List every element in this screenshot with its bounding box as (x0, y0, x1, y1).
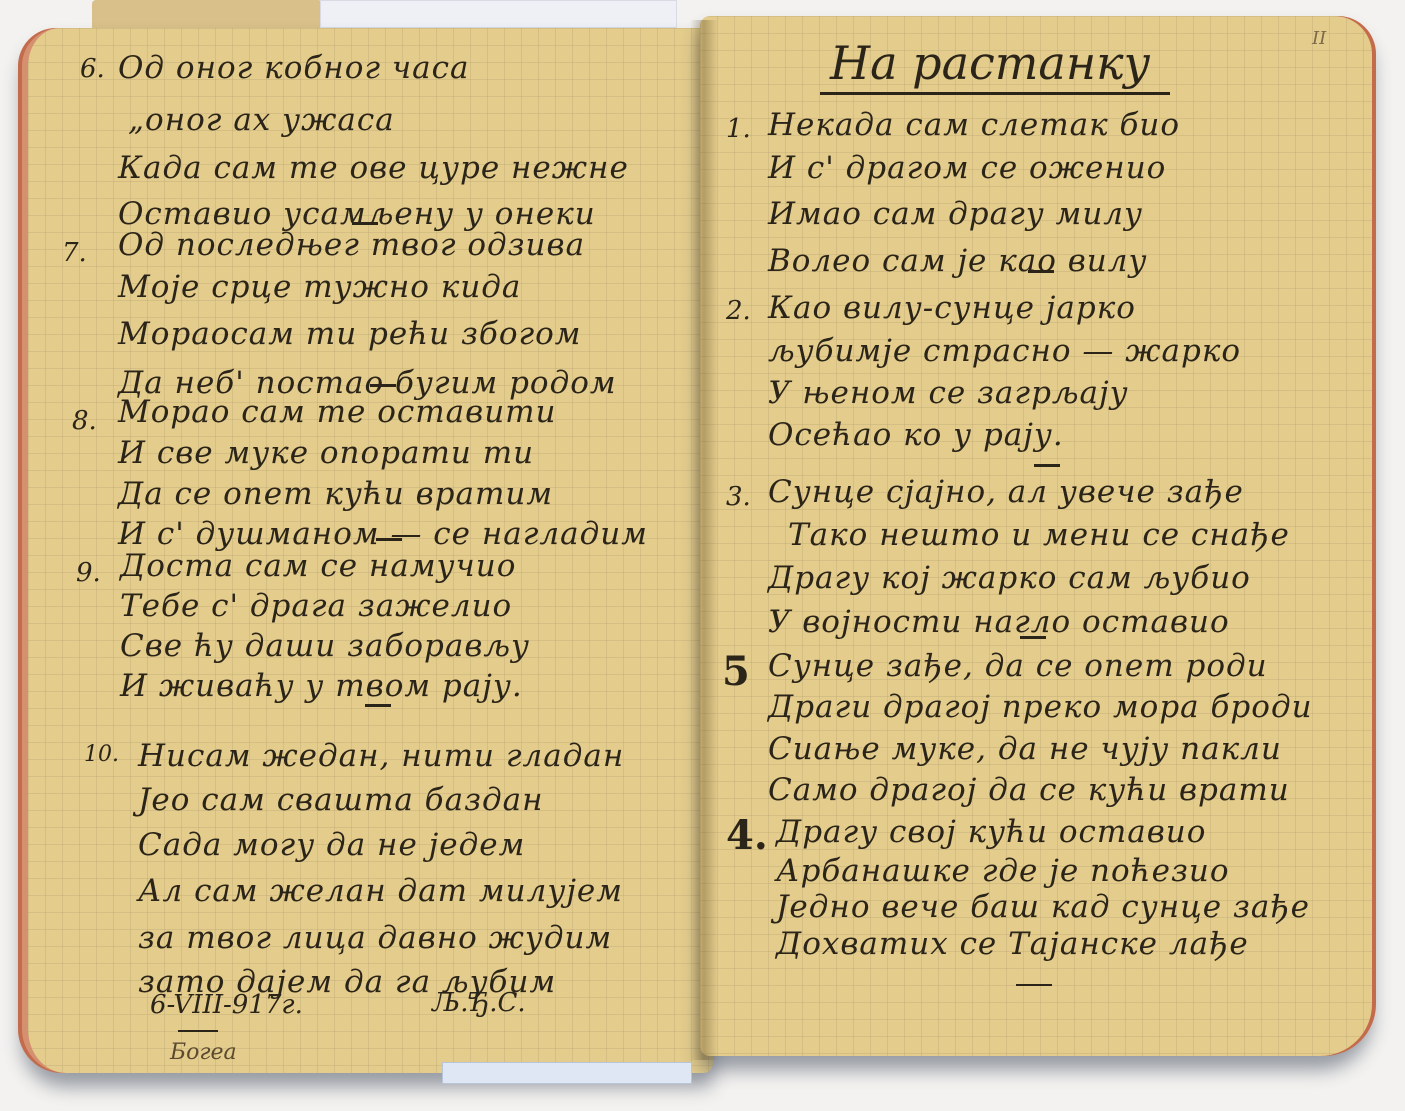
stanza-divider (1028, 270, 1054, 273)
stanza-number: 5 (722, 648, 750, 695)
verse-line: Морао сам те оставити (118, 392, 648, 432)
verse-line: Сунце зађе, да се опет роди (768, 646, 1313, 686)
stanza-3: 3. Сунце сјајно, ал увече зађе Тако нешт… (726, 470, 1290, 644)
verse-line: Драгу свој кући оставио (776, 812, 1310, 852)
verse-line: И живаћу у твом рају. (120, 666, 530, 706)
inserted-paper-slip (320, 0, 677, 28)
verse-line: Моје срце тужно кида (118, 266, 617, 308)
notebook-gutter (690, 20, 718, 1060)
verse-line: Само драгој да се кући врати (768, 770, 1313, 810)
page-number-mark: II (1312, 28, 1326, 49)
date: 6-VIII-917г. (150, 990, 303, 1020)
stanza-divider (370, 384, 396, 387)
verse-line: И све муке опорати ти (118, 432, 648, 474)
place-name: Богеа (170, 1040, 237, 1065)
poem-end-divider (1016, 984, 1052, 986)
stanza-7: 7. Од последњег твог одзива Моје срце ту… (62, 224, 617, 406)
verse-line: Сиање муке, да не чују пакли (768, 728, 1313, 770)
stanza-1: 1. Некада сам слетак био И с' драгом се … (726, 104, 1180, 284)
signature: Љ.Ђ.С. (432, 988, 526, 1018)
stanza-number: 3. (726, 482, 751, 512)
poem-title: На растанку (820, 36, 1170, 95)
verse-line: Тако нешто и мени се снађе (788, 514, 1290, 556)
stanza-2: 2. Као вилу-сунце јарко љубимје страсно … (726, 286, 1241, 456)
stanza-number: 7. (62, 238, 87, 268)
verse-line: Некада сам слетак био (768, 104, 1180, 146)
stanza-6: 6. Од оног кобног часа „оног ах ужаса Ка… (80, 40, 629, 235)
verse-line: Ал сам желан дат милујем (138, 866, 624, 916)
stanza-number: 2. (726, 296, 751, 326)
stanza-10: 10. Нисам жедан, нити гладан Јео сам сва… (84, 736, 624, 1004)
stanza-divider (1020, 636, 1046, 639)
verse-line: Дохватих се Тајанске лађе (776, 924, 1310, 964)
verse-line: Тебе с' драга зажелио (120, 586, 530, 626)
stanza-number: 6. (80, 54, 105, 84)
verse-line: Као вилу-сунце јарко (768, 286, 1241, 330)
verse-line: Све ћу даши заборављу (120, 626, 530, 666)
stanza-divider (365, 704, 391, 707)
verse-line: Од последњег твог одзива (118, 224, 617, 266)
stanza-4: 4. Драгу свој кући оставио Арбанашке где… (726, 812, 1310, 964)
verse-line: У њеном се загрљају (768, 372, 1241, 414)
verse-line: Једно вече баш кад сунце зађе (776, 890, 1310, 924)
date-underline (178, 1030, 218, 1032)
stanza-divider (1034, 464, 1060, 467)
verse-line: за твог лица давно жудим (138, 916, 624, 960)
verse-line: И с' драгом се оженио (768, 146, 1180, 190)
verse-line: Драги драгој преко мора броди (768, 686, 1313, 728)
verse-line: Волео сам је као вилу (768, 238, 1180, 284)
blue-paper-slip (442, 1062, 692, 1084)
verse-line: Сада могу да не једем (138, 824, 624, 866)
stanza-9: 9. Доста сам се намучио Тебе с' драга за… (76, 546, 530, 706)
stanza-number: 4. (726, 812, 768, 859)
verse-line: Када сам те ове цуре нежне (118, 143, 629, 193)
verse-line: Доста сам се намучио (120, 546, 530, 586)
stanza-5: 5 Сунце зађе, да се опет роди Драги драг… (722, 646, 1313, 810)
verse-line: Драгу кој жарко сам љубио (768, 556, 1290, 600)
stanza-number: 1. (726, 114, 751, 144)
verse-line: Арбанашке где је поћезио (776, 852, 1310, 890)
verse-line: Јео сам свашта баздан (138, 776, 624, 824)
verse-line: Имао сам драгу милу (768, 190, 1180, 238)
verse-line: Сунце сјајно, ал увече зађе (768, 470, 1290, 514)
verse-line: Од оног кобног часа (118, 40, 629, 97)
verse-line: „оног ах ужаса (128, 97, 629, 143)
stanza-number: 9. (76, 558, 101, 588)
verse-line: Мораосам ти рећи збогом (118, 308, 617, 360)
verse-line: Да се опет кући вратим (118, 474, 648, 514)
stanza-8: 8. Морао сам те оставити И све муке опор… (72, 392, 648, 554)
verse-line: Осећао ко у рају. (768, 414, 1241, 456)
stanza-divider (376, 538, 402, 541)
verse-line: Нисам жедан, нити гладан (138, 736, 624, 776)
stanza-number: 8. (72, 406, 97, 436)
stanza-number: 10. (84, 742, 119, 767)
verse-line: љубимје страсно — жарко (768, 330, 1241, 372)
